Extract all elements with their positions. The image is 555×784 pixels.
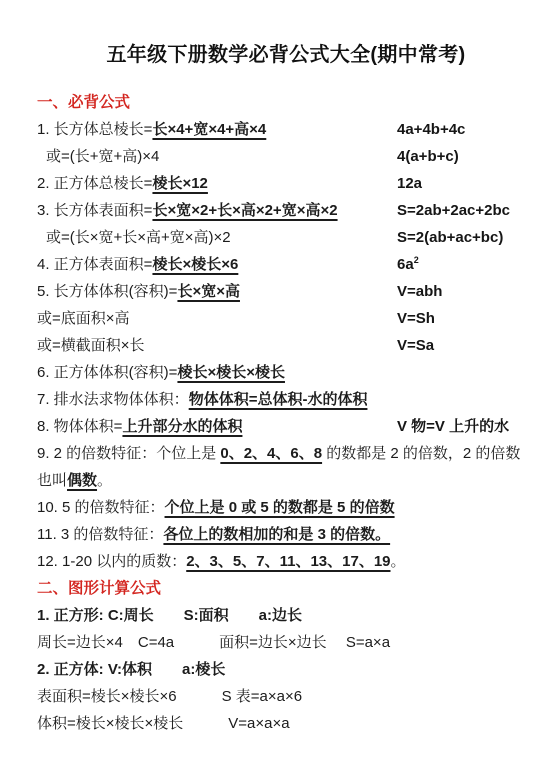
- text-run: 2、3、5、7、11、13、17、19: [186, 553, 390, 570]
- text-run: 长×宽×高: [177, 283, 240, 300]
- formula-left-text: 或=(长×宽+长×高+宽×高)×2: [46, 224, 231, 251]
- formula-line: 或=横截面积×长V=Sa: [37, 332, 535, 359]
- text-run: 3. 长方体表面积=: [37, 202, 152, 219]
- text-run: 一、必背公式: [37, 94, 130, 111]
- document-page: 五年级下册数学必背公式大全(期中常考) 一、必背公式1. 长方体总棱长=长×4+…: [0, 0, 555, 784]
- text-run: 2. 正方体: V:体积 a:棱长: [37, 661, 225, 678]
- text-run: 的数都是 2 的倍数，2 的倍数: [322, 445, 520, 462]
- text-run: 上升部分水的体积: [122, 418, 242, 435]
- formula-right-notation: V 物=V 上升的水: [397, 413, 509, 440]
- formula-line: 体积=棱长×棱长×棱长 V=a×a×a: [37, 710, 535, 737]
- formula-line: 5. 长方体体积(容积)=长×宽×高V=abh: [37, 278, 535, 305]
- text-run: V=Sh: [397, 310, 435, 327]
- formula-left-text: 或=底面积×高: [37, 305, 130, 332]
- text-run: 2. 正方体总棱长=: [37, 175, 152, 192]
- formula-right-notation: S=2ab+2ac+2bc: [397, 197, 510, 224]
- text-run: V=Sa: [397, 337, 434, 354]
- formula-line: 9. 2 的倍数特征：个位上是 0、2、4、6、8 的数都是 2 的倍数，2 的…: [37, 440, 535, 467]
- formula-left-text: 8. 物体体积=上升部分水的体积: [37, 413, 242, 440]
- text-run: 也叫: [37, 472, 67, 489]
- text-run: V 物=V 上升的水: [397, 418, 509, 435]
- text-run: S=2(ab+ac+bc): [397, 229, 503, 246]
- formula-left-text: 表面积=棱长×棱长×6 S 表=a×a×6: [37, 683, 302, 710]
- formula-line: 1. 长方体总棱长=长×4+宽×4+高×44a+4b+4c: [37, 116, 535, 143]
- formula-line: 4. 正方体表面积=棱长×棱长×66a2: [37, 251, 535, 278]
- formula-right-notation: 4(a+b+c): [397, 143, 459, 170]
- formula-left-text: 11. 3 的倍数特征：各位上的数相加的和是 3 的倍数。: [37, 521, 390, 548]
- text-run: 1. 长方体总棱长=: [37, 121, 152, 138]
- formula-line: 12. 1-20 以内的质数：2、3、5、7、11、13、17、19。: [37, 548, 535, 575]
- text-run: V=abh: [397, 283, 442, 300]
- text-run: 体积=棱长×棱长×棱长 V=a×a×a: [37, 715, 290, 732]
- text-run: 10. 5 的倍数特征：: [37, 499, 165, 516]
- text-run: 或=底面积×高: [37, 310, 130, 327]
- text-run: 表面积=棱长×棱长×6 S 表=a×a×6: [37, 688, 302, 705]
- text-run: 5. 长方体体积(容积)=: [37, 283, 177, 300]
- formula-left-text: 7. 排水法求物体体积：物体体积=总体积-水的体积: [37, 386, 367, 413]
- formula-list: 一、必背公式1. 长方体总棱长=长×4+宽×4+高×44a+4b+4c或=(长+…: [37, 89, 535, 737]
- formula-right-notation: V=Sa: [397, 332, 434, 359]
- formula-line: 周长=边长×4 C=4a 面积=边长×边长 S=a×a: [37, 629, 535, 656]
- text-run: 12. 1-20 以内的质数：: [37, 553, 186, 570]
- text-run: 偶数: [67, 472, 97, 489]
- formula-line: 2. 正方体: V:体积 a:棱长: [37, 656, 535, 683]
- text-run: 4(a+b+c): [397, 148, 459, 165]
- formula-line: 表面积=棱长×棱长×6 S 表=a×a×6: [37, 683, 535, 710]
- text-run: 各位上的数相加的和是 3 的倍数。: [163, 526, 390, 543]
- formula-left-text: 1. 长方体总棱长=长×4+宽×4+高×4: [37, 116, 266, 143]
- formula-right-notation: V=abh: [397, 278, 442, 305]
- text-run: 0、2、4、6、8: [220, 445, 322, 462]
- formula-left-text: 6. 正方体体积(容积)=棱长×棱长×棱长: [37, 359, 285, 386]
- text-run: 。: [391, 553, 406, 570]
- formula-right-notation: 12a: [397, 170, 422, 197]
- text-run: 个位上是 0 或 5 的数都是 5 的倍数: [165, 499, 395, 516]
- text-run: 8. 物体体积=: [37, 418, 122, 435]
- text-run: 长×宽×2+长×高×2+宽×高×2: [152, 202, 337, 219]
- text-run: 12a: [397, 175, 422, 192]
- formula-line: 2. 正方体总棱长=棱长×1212a: [37, 170, 535, 197]
- text-run: 棱长×12: [152, 175, 207, 192]
- formula-left-text: 5. 长方体体积(容积)=长×宽×高: [37, 278, 240, 305]
- formula-line: 或=(长+宽+高)×44(a+b+c): [37, 143, 535, 170]
- text-run: 物体体积=总体积-水的体积: [189, 391, 368, 408]
- formula-right-notation: S=2(ab+ac+bc): [397, 224, 503, 251]
- text-run: 或=横截面积×长: [37, 337, 145, 354]
- text-run: 11. 3 的倍数特征：: [37, 526, 163, 543]
- formula-left-text: 体积=棱长×棱长×棱长 V=a×a×a: [37, 710, 290, 737]
- formula-line: 1. 正方形: C:周长 S:面积 a:边长: [37, 602, 535, 629]
- formula-left-text: 3. 长方体表面积=长×宽×2+长×高×2+宽×高×2: [37, 197, 338, 224]
- formula-right-notation: V=Sh: [397, 305, 435, 332]
- section-heading: 二、图形计算公式: [37, 575, 535, 602]
- formula-line: 8. 物体体积=上升部分水的体积V 物=V 上升的水: [37, 413, 535, 440]
- text-run: 4. 正方体表面积=: [37, 256, 152, 273]
- text-run: 6. 正方体体积(容积)=: [37, 364, 177, 381]
- text-run: 或=(长×宽+长×高+宽×高)×2: [46, 229, 231, 246]
- text-run: 长×4+宽×4+高×4: [152, 121, 266, 138]
- formula-line: 或=(长×宽+长×高+宽×高)×2S=2(ab+ac+bc): [37, 224, 535, 251]
- formula-left-text: 一、必背公式: [37, 89, 130, 116]
- formula-left-text: 1. 正方形: C:周长 S:面积 a:边长: [37, 602, 302, 629]
- text-run: 棱长×棱长×棱长: [177, 364, 285, 381]
- text-run: 。: [97, 472, 112, 489]
- formula-left-text: 或=横截面积×长: [37, 332, 145, 359]
- page-title: 五年级下册数学必背公式大全(期中常考): [37, 38, 535, 67]
- text-run: 7. 排水法求物体体积：: [37, 391, 189, 408]
- formula-right-notation: 4a+4b+4c: [397, 116, 465, 143]
- text-run: 周长=边长×4 C=4a 面积=边长×边长 S=a×a: [37, 634, 390, 651]
- section-heading: 一、必背公式: [37, 89, 535, 116]
- formula-left-text: 2. 正方体: V:体积 a:棱长: [37, 656, 225, 683]
- formula-left-text: 二、图形计算公式: [37, 575, 161, 602]
- formula-right-notation: 6a2: [397, 251, 419, 278]
- superscript-text: 2: [414, 255, 419, 265]
- formula-left-text: 12. 1-20 以内的质数：2、3、5、7、11、13、17、19。: [37, 548, 406, 575]
- text-run: 棱长×棱长×6: [152, 256, 238, 273]
- text-run: 或=(长+宽+高)×4: [46, 148, 159, 165]
- text-run: 6a: [397, 256, 414, 273]
- formula-left-text: 周长=边长×4 C=4a 面积=边长×边长 S=a×a: [37, 629, 390, 656]
- formula-line: 3. 长方体表面积=长×宽×2+长×高×2+宽×高×2S=2ab+2ac+2bc: [37, 197, 535, 224]
- formula-left-text: 4. 正方体表面积=棱长×棱长×6: [37, 251, 238, 278]
- text-run: 9. 2 的倍数特征：个位上是: [37, 445, 220, 462]
- formula-line: 也叫偶数。: [37, 467, 535, 494]
- formula-line: 10. 5 的倍数特征：个位上是 0 或 5 的数都是 5 的倍数: [37, 494, 535, 521]
- formula-left-text: 也叫偶数。: [37, 467, 112, 494]
- text-run: 4a+4b+4c: [397, 121, 465, 138]
- formula-line: 或=底面积×高V=Sh: [37, 305, 535, 332]
- text-run: 二、图形计算公式: [37, 580, 161, 597]
- formula-left-text: 9. 2 的倍数特征：个位上是 0、2、4、6、8 的数都是 2 的倍数，2 的…: [37, 440, 520, 467]
- formula-line: 6. 正方体体积(容积)=棱长×棱长×棱长: [37, 359, 535, 386]
- formula-left-text: 2. 正方体总棱长=棱长×12: [37, 170, 208, 197]
- formula-left-text: 10. 5 的倍数特征：个位上是 0 或 5 的数都是 5 的倍数: [37, 494, 395, 521]
- text-run: S=2ab+2ac+2bc: [397, 202, 510, 219]
- formula-left-text: 或=(长+宽+高)×4: [46, 143, 159, 170]
- formula-line: 11. 3 的倍数特征：各位上的数相加的和是 3 的倍数。: [37, 521, 535, 548]
- text-run: 1. 正方形: C:周长 S:面积 a:边长: [37, 607, 302, 624]
- formula-line: 7. 排水法求物体体积：物体体积=总体积-水的体积: [37, 386, 535, 413]
